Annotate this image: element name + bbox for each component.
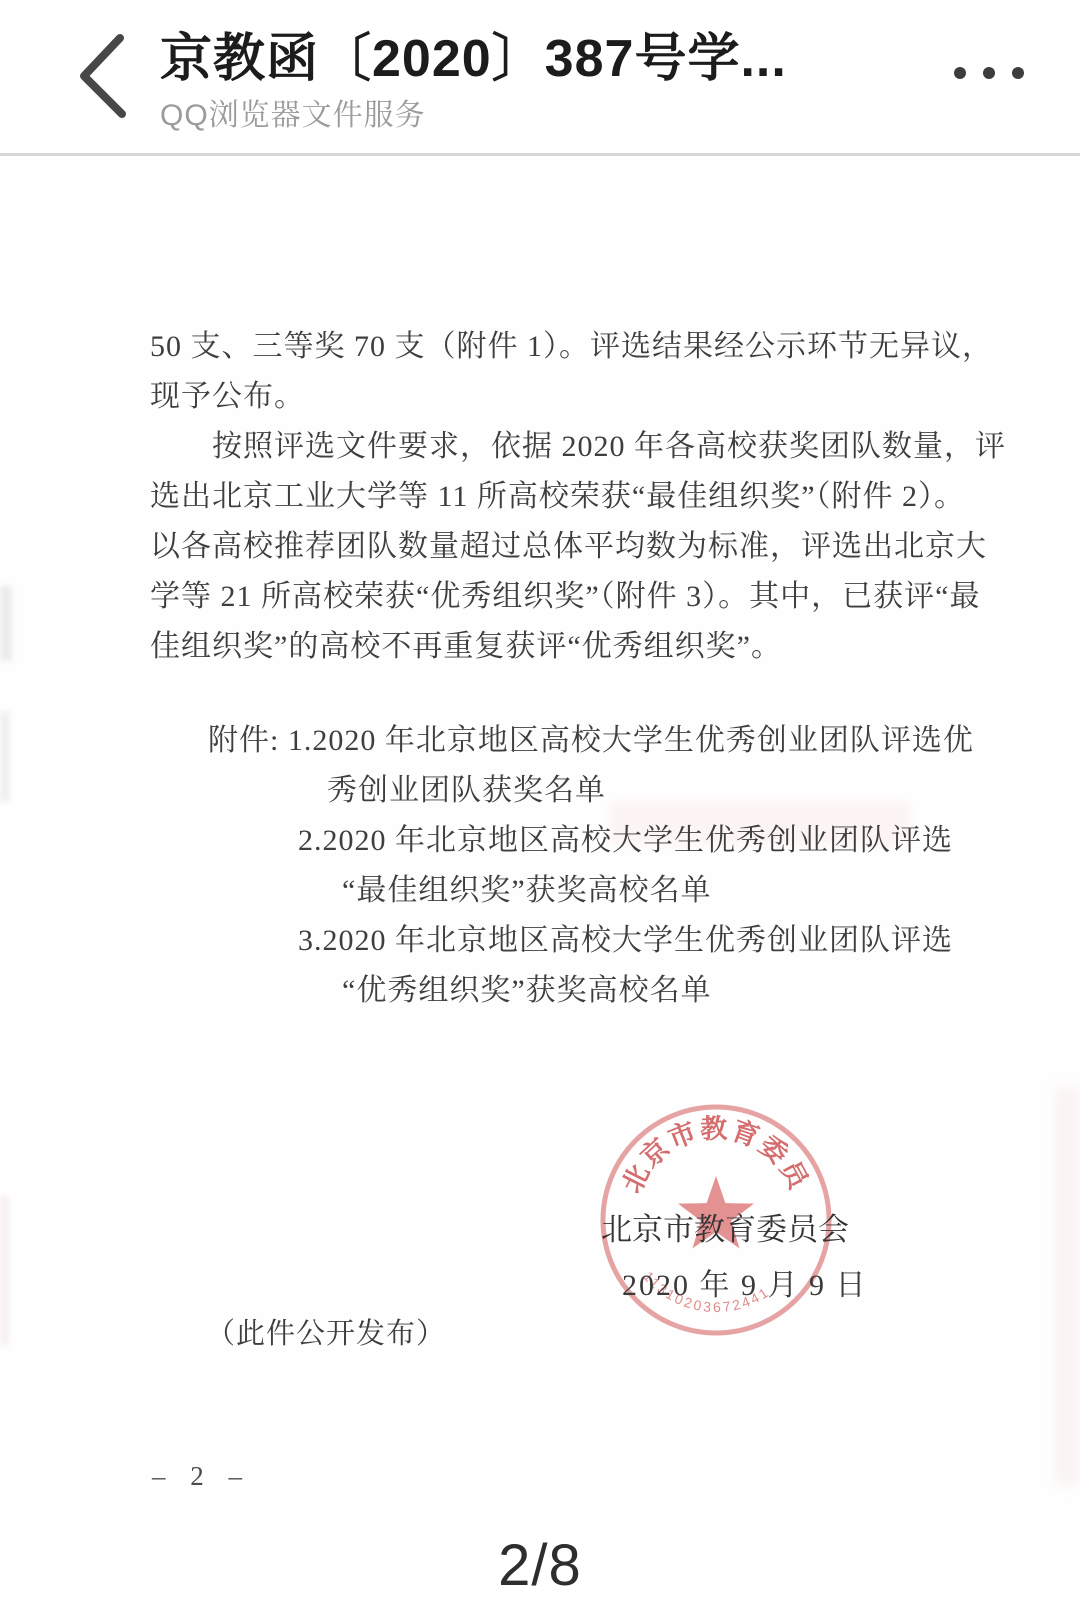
document-page[interactable]: 50 支、三等奖 70 支（附件 1）。评选结果经公示环节无异议， 现予公布。 … bbox=[0, 156, 1080, 1516]
bleed-through-mark bbox=[0, 586, 12, 661]
issue-date: 2020 年 9 月 9 日 bbox=[622, 1260, 868, 1304]
attachment-line: “最佳组织奖”获奖高校名单 bbox=[150, 866, 950, 916]
dot-icon bbox=[983, 67, 995, 79]
document-body: 50 支、三等奖 70 支（附件 1）。评选结果经公示环节无异议， 现予公布。 … bbox=[150, 322, 940, 672]
doc-line: 佳组织奖”的高校不再重复获评“优秀组织奖”。 bbox=[150, 622, 940, 672]
more-options-button[interactable] bbox=[954, 58, 1024, 88]
doc-line: 50 支、三等奖 70 支（附件 1）。评选结果经公示环节无异议， bbox=[150, 322, 940, 372]
dot-icon bbox=[1012, 67, 1024, 79]
doc-line: 按照评选文件要求，依据 2020 年各高校获奖团队数量，评 bbox=[150, 422, 940, 472]
back-button[interactable] bbox=[62, 26, 142, 126]
file-title: 京教函〔2020〕387号学... bbox=[160, 16, 787, 91]
attachment-line: 附件: 1.2020 年北京地区高校大学生优秀创业团队评选优 bbox=[150, 716, 950, 766]
document-page-number: – 2 – bbox=[152, 1461, 251, 1492]
doc-line: 现予公布。 bbox=[150, 372, 940, 422]
attachment-line: 3.2020 年北京地区高校大学生优秀创业团队评选 bbox=[150, 916, 950, 966]
header-bar: 京教函〔2020〕387号学... QQ浏览器文件服务 bbox=[0, 0, 1080, 156]
doc-line: 以各高校推荐团队数量超过总体平均数为标准，评选出北京大 bbox=[150, 522, 940, 572]
issuer-signature: 北京市教育委员会 bbox=[601, 1204, 849, 1249]
file-source-label: QQ浏览器文件服务 bbox=[160, 90, 426, 134]
doc-line: 选出北京工业大学等 11 所高校荣获“最佳组织奖”（附件 2）。 bbox=[150, 472, 940, 522]
chevron-left-icon bbox=[62, 26, 142, 126]
bleed-through-mark bbox=[0, 1196, 9, 1346]
attachment-line: 秀创业团队获奖名单 bbox=[150, 766, 950, 816]
attachment-line: “优秀组织奖”获奖高校名单 bbox=[150, 966, 950, 1016]
public-release-note: （此件公开发布） bbox=[206, 1311, 446, 1352]
attachments-list: 附件: 1.2020 年北京地区高校大学生优秀创业团队评选优 秀创业团队获奖名单… bbox=[150, 716, 950, 1016]
attachment-line: 2.2020 年北京地区高校大学生优秀创业团队评选 bbox=[150, 816, 950, 866]
bleed-through-mark bbox=[0, 712, 10, 802]
file-viewer-screen: 京教函〔2020〕387号学... QQ浏览器文件服务 50 支、三等奖 70 … bbox=[0, 0, 1080, 1611]
bleed-through-mark bbox=[1054, 1086, 1080, 1486]
page-indicator: 2/8 bbox=[0, 1532, 1080, 1599]
dot-icon bbox=[954, 67, 966, 79]
doc-line: 学等 21 所高校荣获“优秀组织奖”（附件 3）。其中，已获评“最 bbox=[150, 572, 940, 622]
